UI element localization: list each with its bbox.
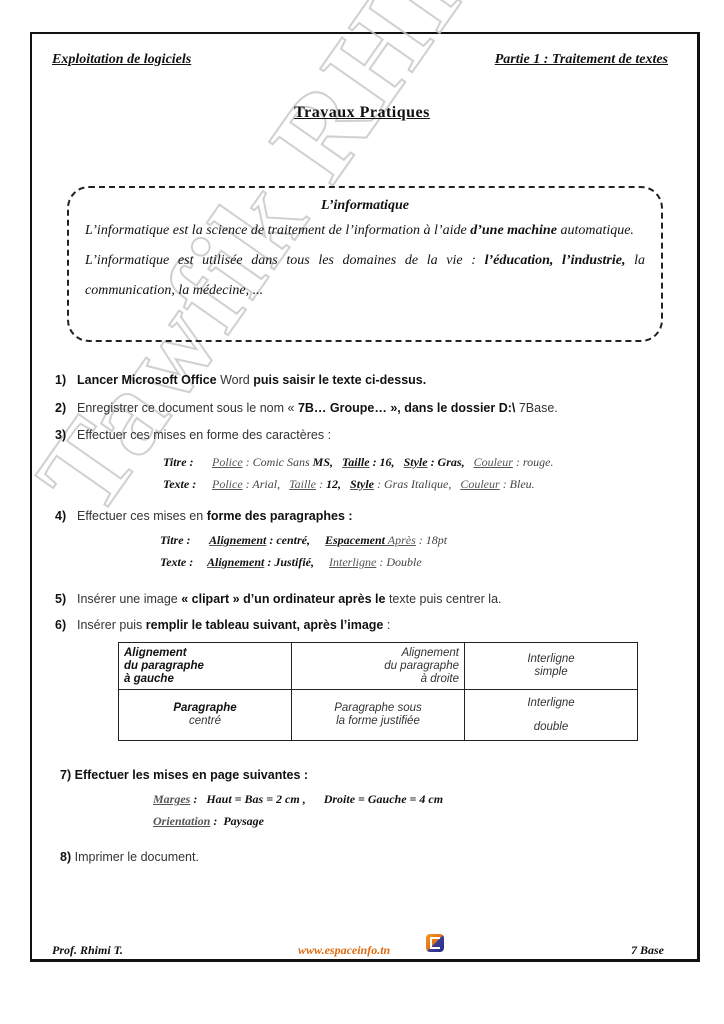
exercise-table: Alignementdu paragrapheà gauche Aligneme… (118, 642, 638, 741)
table-row: Paragraphecentré Paragraphe sousla forme… (119, 690, 638, 741)
char-format-texte: Texte : Police : Arial, Taille : 12, Sty… (163, 477, 535, 492)
footer-author: Prof. Rhimi T. (52, 943, 123, 958)
question-1: 1)Lancer Microsoft Office Word puis sais… (55, 373, 426, 387)
para-format-titre: Titre : Alignement : centré, Espacement … (160, 533, 447, 548)
question-3: 3)Effectuer ces mises en forme des carac… (55, 428, 331, 442)
para-format-texte: Texte : Alignement : Justifié, Interlign… (160, 555, 422, 570)
question-5: 5)Insérer une image « clipart » d’un ord… (55, 592, 502, 606)
header-part: Partie 1 : Traitement de textes (495, 52, 668, 68)
table-cell-justified: Paragraphe sousla forme justifiée (292, 690, 465, 741)
header-course: Exploitation de logiciels (52, 52, 191, 68)
table-row: Alignementdu paragrapheà gauche Aligneme… (119, 643, 638, 690)
question-8: 8) Imprimer le document. (60, 850, 199, 864)
char-format-titre: Titre : Police : Comic Sans MS, Taille :… (163, 455, 553, 470)
table-cell-line-double: Interlignedouble (465, 690, 638, 741)
question-6: 6)Insérer puis remplir le tableau suivan… (55, 618, 390, 632)
espaceinfo-logo-icon (426, 934, 444, 952)
definition-title: L’informatique (85, 198, 645, 214)
page-frame (30, 32, 700, 962)
question-7: 7) Effectuer les mises en page suivantes… (60, 768, 308, 782)
definition-paragraph-2: L’informatique est utilisée dans tous le… (85, 246, 645, 306)
footer-class: 7 Base (631, 943, 664, 958)
orientation-setting: Orientation : Paysage (153, 814, 264, 829)
table-cell-align-left: Alignementdu paragrapheà gauche (119, 643, 292, 690)
question-4: 4)Effectuer ces mises en forme des parag… (55, 509, 353, 523)
definition-paragraph-1: L’informatique est la science de traitem… (85, 216, 645, 246)
page-title: Travaux Pratiques (0, 104, 724, 122)
margins-setting: Marges : Haut = Bas = 2 cm , Droite = Ga… (153, 792, 443, 807)
definition-box: L’informatique L’informatique est la sci… (67, 186, 663, 342)
question-2: 2)Enregistrer ce document sous le nom « … (55, 401, 558, 415)
table-cell-centered: Paragraphecentré (119, 690, 292, 741)
table-cell-align-right: Alignementdu paragrapheà droite (292, 643, 465, 690)
table-cell-line-simple: Interlignesimple (465, 643, 638, 690)
footer-website-link[interactable]: www.espaceinfo.tn (298, 943, 390, 958)
